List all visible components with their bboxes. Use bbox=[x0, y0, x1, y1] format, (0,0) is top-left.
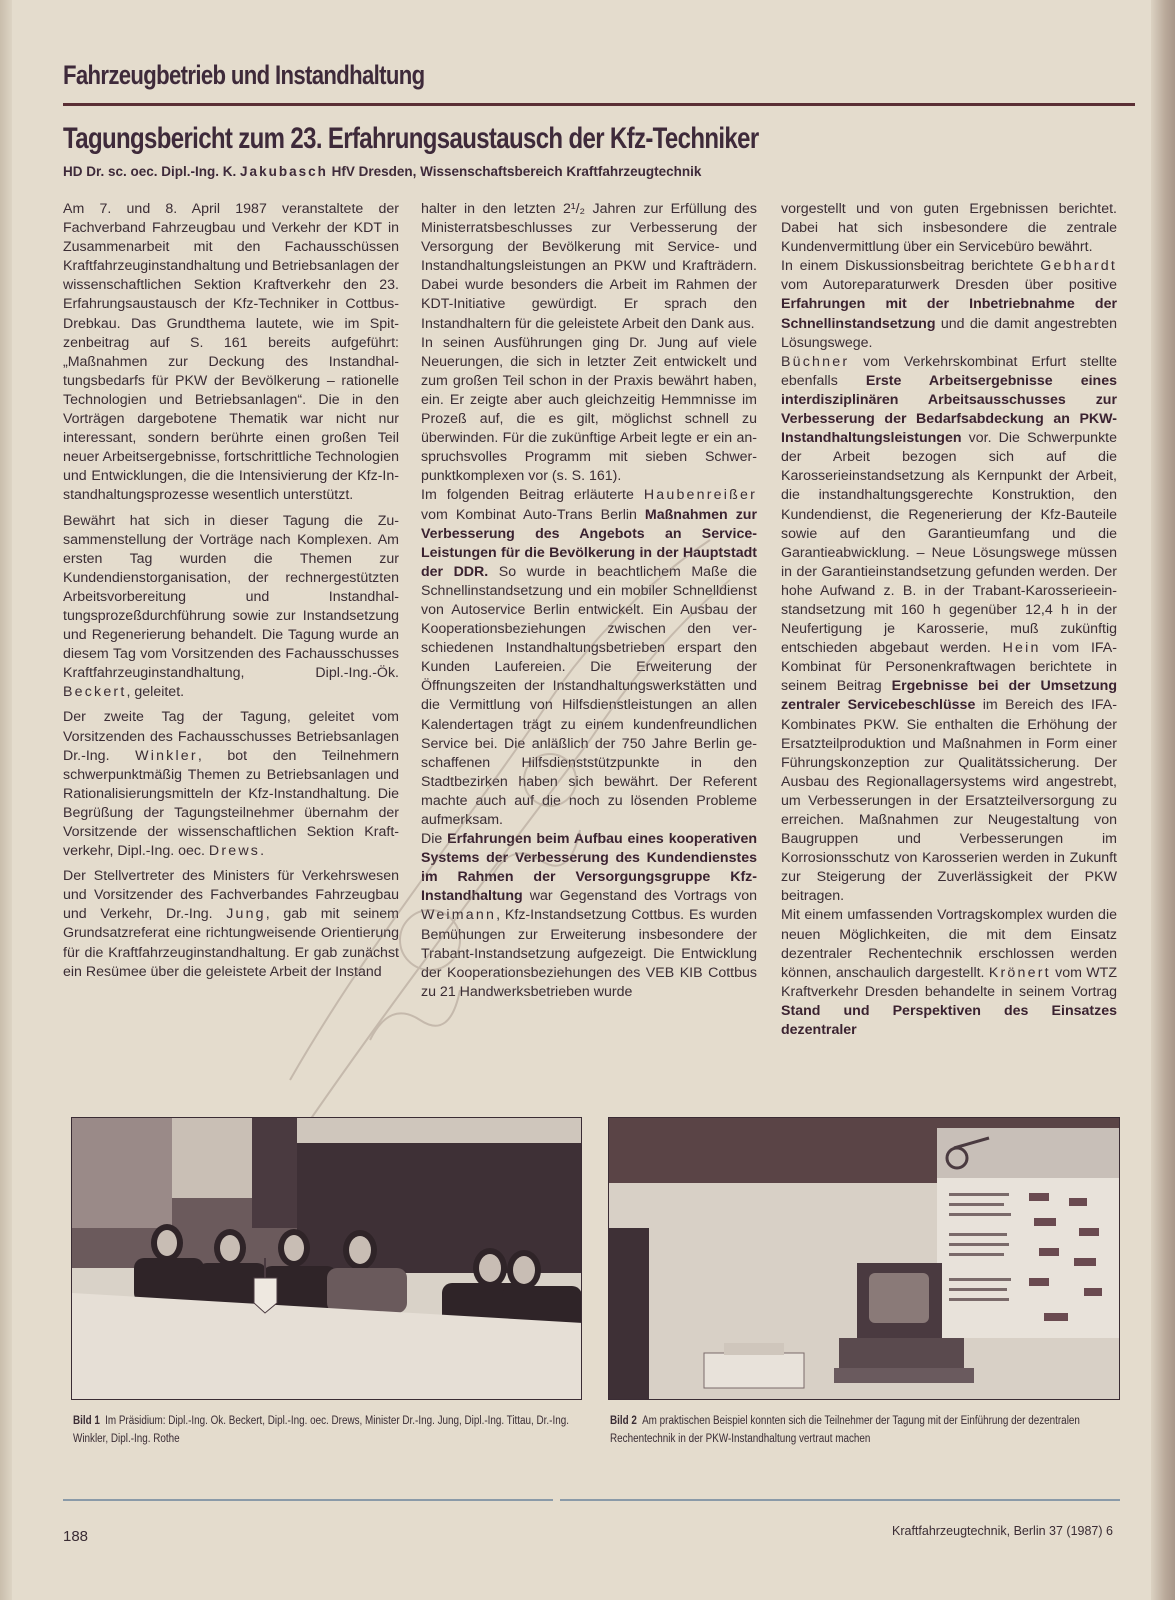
paragraph: Im folgenden Beitrag erläuterte Hauben­r… bbox=[421, 486, 757, 830]
paragraph: Büchner vom Verkehrskombinat Erfurt stel… bbox=[781, 353, 1117, 907]
figure-label: Bild 1 bbox=[73, 1415, 100, 1427]
paragraph: halter in den letzten 2¹/₂ Jahren zur Er… bbox=[421, 200, 757, 334]
person-name: Drews bbox=[209, 843, 260, 859]
footer-divider-right bbox=[560, 1499, 1120, 1501]
computer-display-photo-icon bbox=[609, 1118, 1120, 1400]
paragraph: Am 7. und 8. April 1987 veranstaltete de… bbox=[63, 200, 399, 506]
paragraph: In einem Diskussionsbeitrag berichtete G… bbox=[781, 257, 1117, 352]
paragraph: Der Stellvertreter des Ministers für Ver… bbox=[63, 867, 399, 982]
section-divider bbox=[63, 103, 1135, 106]
byline-prefix: HD Dr. sc. oec. Dipl.-Ing. K. bbox=[63, 164, 236, 179]
journal-reference: Kraftfahrzeugtechnik, Berlin 37 (1987) 6 bbox=[892, 1524, 1113, 1538]
paragraph: In seinen Ausführungen ging Dr. Jung auf… bbox=[421, 334, 757, 487]
paragraph: vorgestellt und von guten Ergebnissen be… bbox=[781, 200, 1117, 257]
talk-title: Stand und Perspektiven des Einsatzes dez… bbox=[781, 1003, 1117, 1038]
figure-label: Bild 2 bbox=[610, 1415, 637, 1427]
person-name: Hein bbox=[1003, 640, 1041, 656]
byline-author: Jakubasch bbox=[240, 164, 328, 179]
person-name: Gebhardt bbox=[1040, 258, 1117, 274]
text-column-3: vorgestellt und von guten Ergebnissen be… bbox=[781, 200, 1117, 1040]
caption-text: Im Präsidium: Dipl.-Ing. Ok. Beckert, Di… bbox=[73, 1415, 569, 1445]
page-edge-left bbox=[0, 0, 12, 1600]
figure-1-photo bbox=[71, 1117, 582, 1400]
person-name: Beckert bbox=[63, 684, 127, 700]
page-edge-right bbox=[1151, 0, 1175, 1600]
footer-divider-left bbox=[63, 1499, 553, 1501]
caption-text: Am praktischen Beispiel konnten sich die… bbox=[610, 1415, 1080, 1445]
person-name: Jung bbox=[226, 906, 266, 922]
person-name: Winkler bbox=[135, 748, 198, 764]
paragraph: Bewährt hat sich in dieser Tagung die Zu… bbox=[63, 512, 399, 703]
person-name: Krönert bbox=[989, 965, 1051, 981]
byline: HD Dr. sc. oec. Dipl.-Ing. K. Jakubasch … bbox=[63, 164, 701, 179]
text-column-1: Am 7. und 8. April 1987 veranstaltete de… bbox=[63, 200, 399, 982]
figure-2-caption: Bild 2Am praktischen Beispiel konnten si… bbox=[610, 1412, 1126, 1448]
byline-affiliation: HfV Dresden, Wissenschaftsbereich Kraftf… bbox=[332, 164, 702, 179]
section-title: Fahrzeugbetrieb und Instandhaltung bbox=[63, 60, 424, 91]
figure-1-caption: Bild 1Im Präsidium: Dipl.-Ing. Ok. Becke… bbox=[73, 1412, 589, 1448]
page-number: 188 bbox=[63, 1528, 88, 1545]
paragraph: Mit einem umfassenden Vortragskomplex wu… bbox=[781, 906, 1117, 1040]
paragraph: Der zweite Tag der Tagung, geleitet vom … bbox=[63, 708, 399, 861]
person-name: Hauben­reißer bbox=[644, 487, 757, 503]
text-column-2: halter in den letzten 2¹/₂ Jahren zur Er… bbox=[421, 200, 757, 1002]
presidium-photo-icon bbox=[72, 1118, 582, 1400]
person-name: Weimann bbox=[421, 907, 496, 923]
article-title: Tagungsbericht zum 23. Erfahrungsaustaus… bbox=[63, 122, 759, 156]
figure-2-photo bbox=[608, 1117, 1120, 1400]
person-name: Büchner bbox=[781, 354, 849, 370]
paragraph: Die Erfahrungen beim Aufbau eines koope­… bbox=[421, 830, 757, 1002]
